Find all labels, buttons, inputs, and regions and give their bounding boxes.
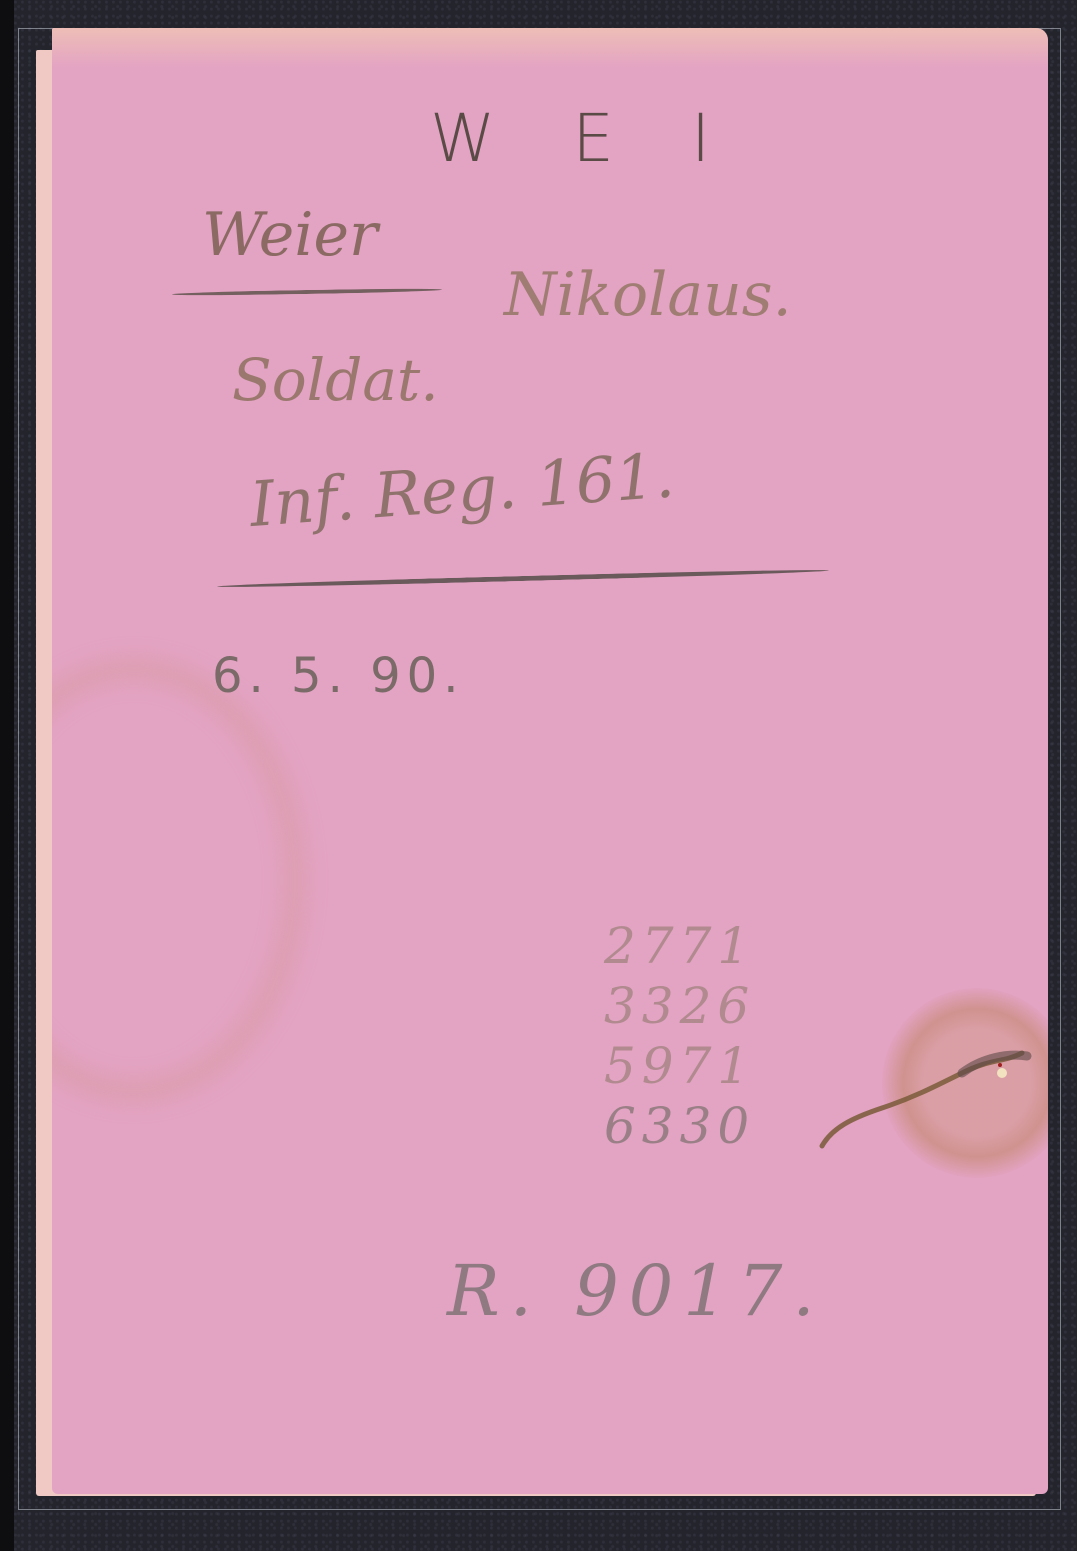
burn-mark-icon [812, 1028, 1032, 1158]
reference-number: 5971 [604, 1038, 755, 1094]
unit: Inf. Reg. 161. [247, 438, 676, 540]
reference-number: 3326 [604, 978, 755, 1034]
reference-number: 2771 [604, 918, 755, 974]
surname-underline [172, 288, 442, 297]
rank: Soldat. [232, 346, 439, 414]
scan-edge-strip [0, 0, 14, 1551]
index-code: W E I [430, 100, 738, 177]
unit-underline [217, 568, 829, 589]
reference-number-list: 2771 3326 5971 6330 [604, 918, 755, 1154]
reference-number: 6330 [604, 1098, 755, 1154]
water-stain-left [52, 658, 306, 1102]
index-card: W E I Weier Nikolaus. Soldat. Inf. Reg. … [52, 28, 1048, 1494]
register-reference: R. 9017. [447, 1250, 825, 1332]
date: 6. 5. 90. [212, 648, 464, 704]
surname: Weier [202, 200, 378, 270]
given-name: Nikolaus. [504, 260, 792, 330]
